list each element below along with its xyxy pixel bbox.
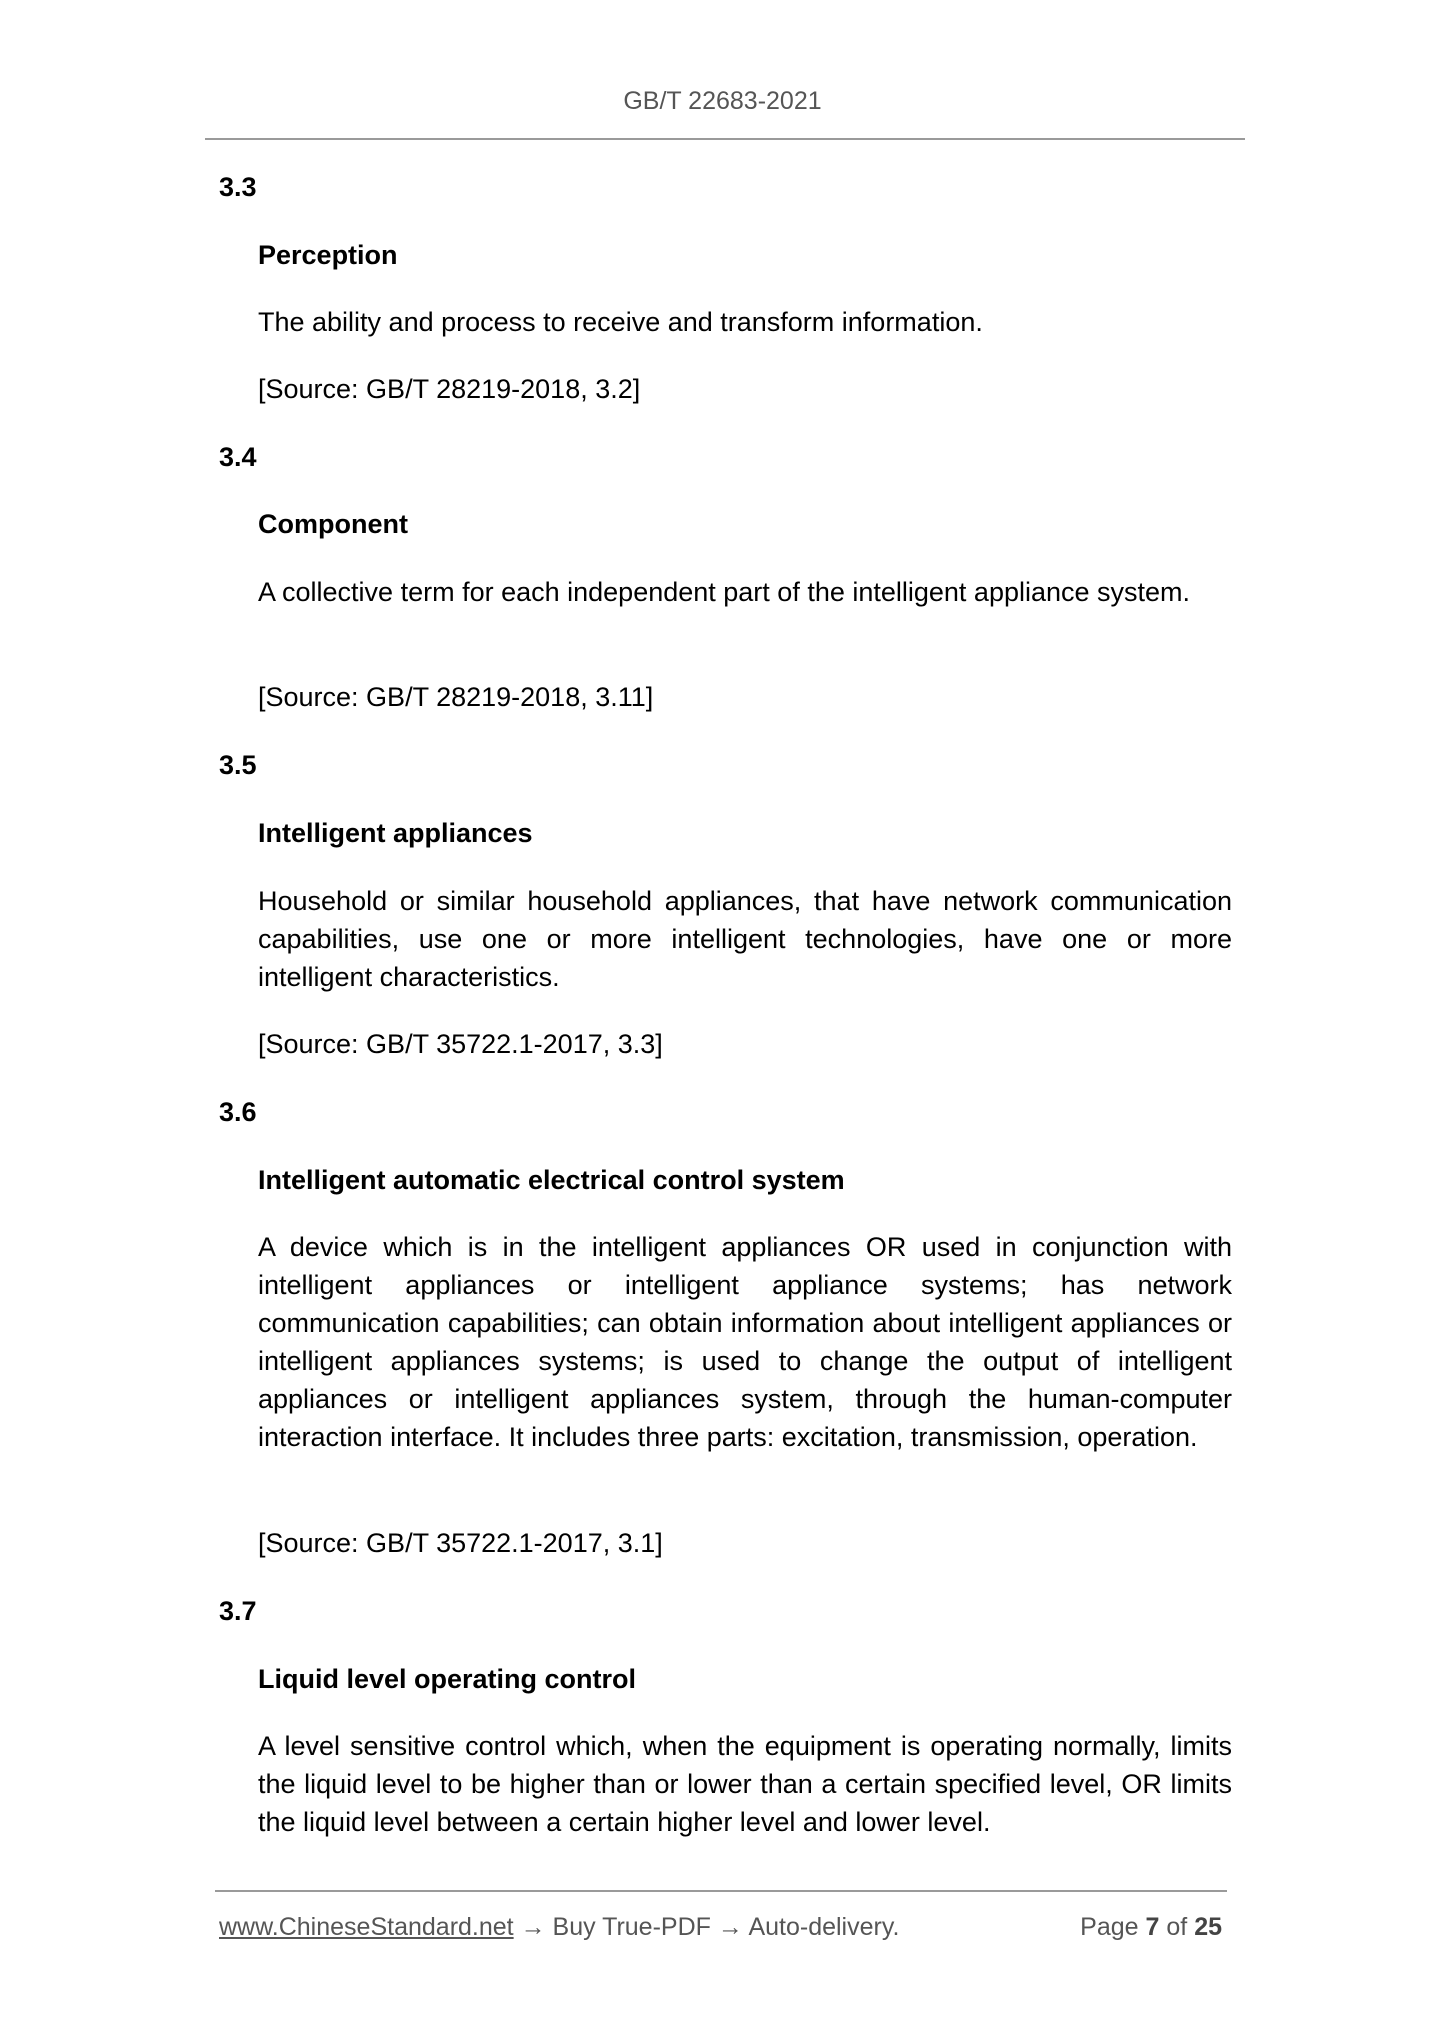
footer-promo: www.ChineseStandard.net → Buy True-PDF →…	[219, 1912, 899, 1942]
footer-divider	[215, 1890, 1227, 1892]
page-total: 25	[1194, 1913, 1222, 1941]
term-definition: The ability and process to receive and t…	[258, 303, 1232, 341]
term-title: Intelligent automatic electrical control…	[258, 1165, 845, 1195]
of-label: of	[1166, 1913, 1187, 1941]
footer-step-buy: Buy True-PDF	[553, 1913, 711, 1941]
footer-step-delivery: Auto-delivery.	[748, 1913, 899, 1941]
term-title: Liquid level operating control	[258, 1664, 636, 1694]
term-title: Perception	[258, 240, 398, 270]
clause-number: 3.3	[219, 172, 257, 202]
clause-number: 3.7	[219, 1596, 257, 1626]
page-number: Page 7 of 25	[1080, 1912, 1222, 1942]
term-source: [Source: GB/T 28219-2018, 3.11]	[258, 678, 1232, 716]
arrow-right-icon: →	[521, 1913, 546, 1941]
page-current: 7	[1146, 1913, 1160, 1941]
term-definition: A device which is in the intelligent app…	[258, 1228, 1232, 1456]
page-header-doc-id: GB/T 22683-2021	[0, 86, 1445, 116]
page-label: Page	[1080, 1913, 1138, 1941]
header-divider	[205, 138, 1245, 140]
term-title: Intelligent appliances	[258, 818, 533, 848]
website-link[interactable]: www.ChineseStandard.net	[219, 1913, 514, 1941]
clause-number: 3.5	[219, 750, 257, 780]
term-definition: Household or similar household appliance…	[258, 882, 1232, 996]
clause-number: 3.4	[219, 442, 257, 472]
term-source: [Source: GB/T 35722.1-2017, 3.3]	[258, 1025, 1232, 1063]
clause-number: 3.6	[219, 1097, 257, 1127]
arrow-right-icon: →	[718, 1913, 743, 1941]
term-title: Component	[258, 509, 408, 539]
term-source: [Source: GB/T 35722.1-2017, 3.1]	[258, 1524, 1232, 1562]
term-definition: A level sensitive control which, when th…	[258, 1727, 1232, 1841]
term-definition: A collective term for each independent p…	[258, 573, 1232, 611]
term-source: [Source: GB/T 28219-2018, 3.2]	[258, 370, 1232, 408]
